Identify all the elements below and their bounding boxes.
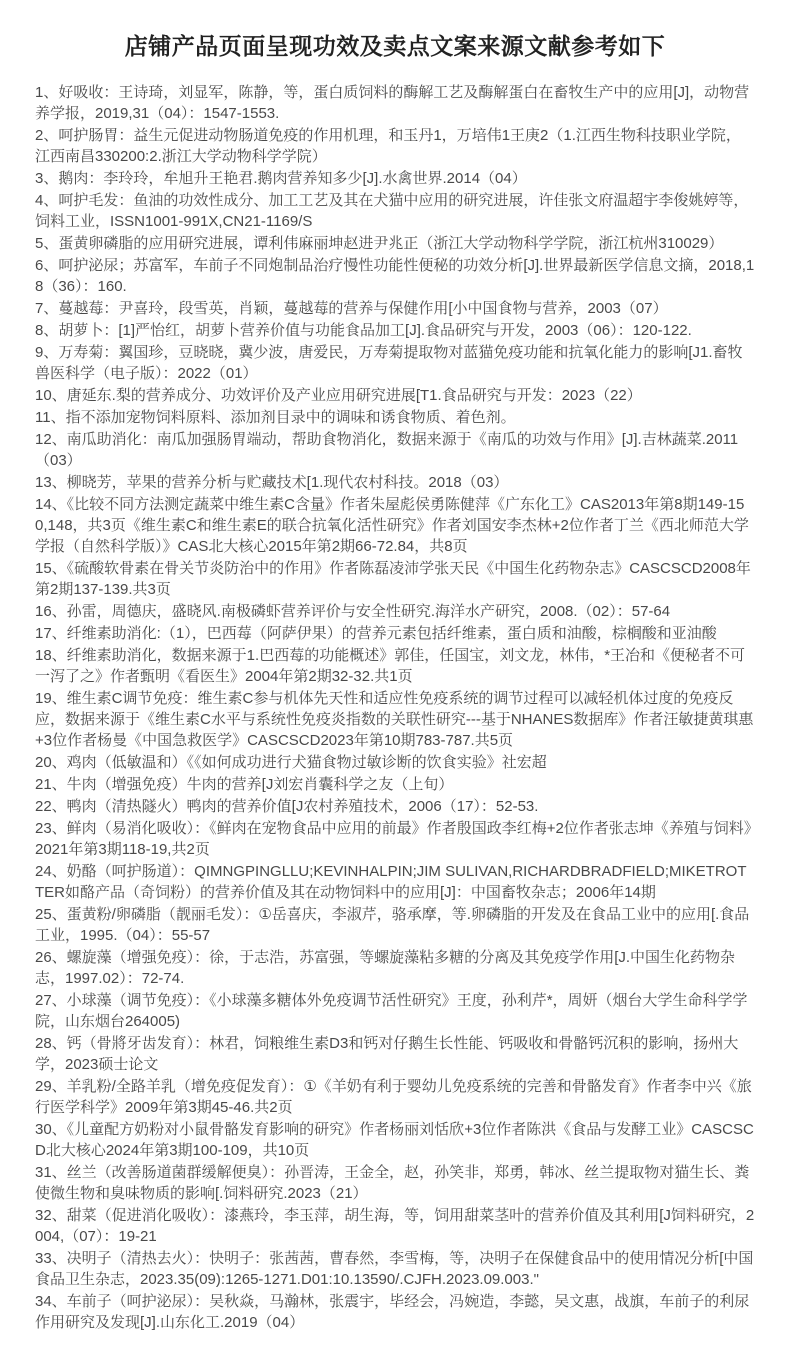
reference-item: 20、鸡肉（低敏温和）《《如何成功进行犬猫食物过敏诊断的饮食实验》社宏超 (35, 752, 755, 773)
reference-item: 25、蛋黄粉/卵磷脂（靓丽毛发）：①岳喜庆，李淑芹，骆承摩，等.卵磷脂的开发及在… (35, 904, 755, 946)
reference-item: 22、鸭肉（清热隧火）鸭肉的营养价值[J农村养殖技术，2006（17）：52-5… (35, 796, 755, 817)
reference-item: 12、南瓜助消化：南瓜加强肠胃端动，帮助食物消化，数据来源于《南瓜的功效与作用》… (35, 429, 755, 471)
reference-item: 33、决明子（清热去火）：快明子：张茜茜，曹春然，李雪梅，等，决明子在保健食品中… (35, 1248, 755, 1290)
reference-item: 31、丝兰（改善肠道菌群缓解便臭）：孙晋涛，王金全，赵，孙笑非，郑勇，韩冰、丝兰… (35, 1162, 755, 1204)
reference-item: 34、车前子（呵护泌尿）：吴秋焱，马瀚林，张震宇，毕经会，冯婉造，李懿，吴文惠，… (35, 1291, 755, 1333)
reference-item: 5、蛋黄卵磷脂的应用研究进展，谭利伟麻丽坤赵进尹兆正（浙江大学动物科学学院，浙江… (35, 233, 755, 254)
reference-item: 17、纤维素助消化:（1），巴西莓（阿萨伊果）的营养元素包括纤维素，蛋白质和油酸… (35, 623, 755, 644)
reference-item: 3、鹅肉：李玲玲，牟旭升王艳君.鹅肉营养知多少[J].水禽世界.2014（04） (35, 168, 755, 189)
reference-item: 13、柳晓芳，苹果的营养分析与贮藏技术[1.现代农村科技。2018（03） (35, 472, 755, 493)
reference-item: 24、奶酪（呵护肠道）：QIMNGPINGLLU;KEVINHALPIN;JIM… (35, 861, 755, 903)
reference-item: 26、螺旋藻（增强免疫）：徐，于志浩，苏富强，等螺旋藻粘多糖的分离及其免疫学作用… (35, 947, 755, 989)
reference-item: 10、唐延东.梨的营养成分、功效评价及产业应用研究进展[T1.食品研究与开发：2… (35, 385, 755, 406)
reference-list: 1、好吸收：王诗琦，刘显军，陈静，等，蛋白质饲料的酶解工艺及酶解蛋白在畜牧生产中… (35, 82, 755, 1333)
reference-item: 19、维生素C调节免疫：维生素C参与机体先天性和适应性免疫系统的调节过程可以减轻… (35, 688, 755, 751)
reference-item: 4、呵护毛发：鱼油的功效性成分、加工工艺及其在犬猫中应用的研究进展，许佳张文府温… (35, 190, 755, 232)
reference-item: 18、纤维素助消化，数据来源于1.巴西莓的功能概述》郭佳，任国宝，刘文龙，林伟，… (35, 645, 755, 687)
reference-item: 28、钙（骨將牙齿发育）：林君，饲粮维生素D3和钙对仔鹅生长性能、钙吸收和骨骼钙… (35, 1033, 755, 1075)
reference-item: 14、《比较不同方法测定蔬菜中维生素C含量》作者朱屋彪侯勇陈健萍《广东化工》CA… (35, 494, 755, 557)
reference-item: 23、鲜肉（易消化吸收）：《鲜肉在宠物食品中应用的前最》作者殷国政李红梅+2位作… (35, 818, 755, 860)
reference-item: 2、呵护肠胃：益生元促进动物肠道免疫的作用机理，和玉丹1，万培伟1王庚2（1.江… (35, 125, 755, 167)
reference-item: 8、胡萝卜：[1]严怡红，胡萝卜营养价值与功能食品加工[J].食品研究与开发，2… (35, 320, 755, 341)
page-title: 店铺产品页面呈现功效及卖点文案来源文献参考如下 (35, 32, 755, 62)
reference-item: 30、《儿童配方奶粉对小鼠骨骼发育影响的研究》作者杨丽刘恬欣+3位作者陈洪《食品… (35, 1119, 755, 1161)
document-page: 店铺产品页面呈现功效及卖点文案来源文献参考如下 1、好吸收：王诗琦，刘显军，陈静… (0, 0, 790, 1354)
reference-item: 16、孙雷，周德庆，盛晓风.南极磷虾营养评价与安全性研究.海洋水产研究，2008… (35, 601, 755, 622)
reference-item: 29、羊乳粉/全路羊乳（增免疫促发育）：①《羊奶有利于婴幼儿免疫系统的完善和骨骼… (35, 1076, 755, 1118)
reference-item: 7、蔓越莓：尹喜玲，段雪英，肖颖，蔓越莓的营养与保健作用[小中国食物与营养，20… (35, 298, 755, 319)
reference-item: 21、牛肉（增强免疫）牛肉的营养[J刘宏肖囊科学之友（上旬） (35, 774, 755, 795)
reference-item: 15、《硫酸软骨素在骨关节炎防治中的作用》作者陈磊凌沛学张天民《中国生化药物杂志… (35, 558, 755, 600)
reference-item: 32、甜菜（促进消化吸收）：漆燕玲，李玉萍，胡生海，等，饲用甜菜茎叶的营养价值及… (35, 1205, 755, 1247)
reference-item: 9、万寿菊：翼国珍，豆晓晓，冀少波，唐爱民，万寿菊提取物对蓝猫免疫功能和抗氧化能… (35, 342, 755, 384)
reference-item: 27、小球藻（调节免疫）：《小球藻多糖体外免疫调节活性研究》王度，孙利芹*，周妍… (35, 990, 755, 1032)
reference-item: 1、好吸收：王诗琦，刘显军，陈静，等，蛋白质饲料的酶解工艺及酶解蛋白在畜牧生产中… (35, 82, 755, 124)
reference-item: 11、指不添加宠物饲料原料、添加剂目录中的调味和诱食物质、着色剂。 (35, 407, 755, 428)
reference-item: 6、呵护泌尿；苏富军，车前子不同炮制品治疗慢性功能性便秘的功效分析[J].世界最… (35, 255, 755, 297)
